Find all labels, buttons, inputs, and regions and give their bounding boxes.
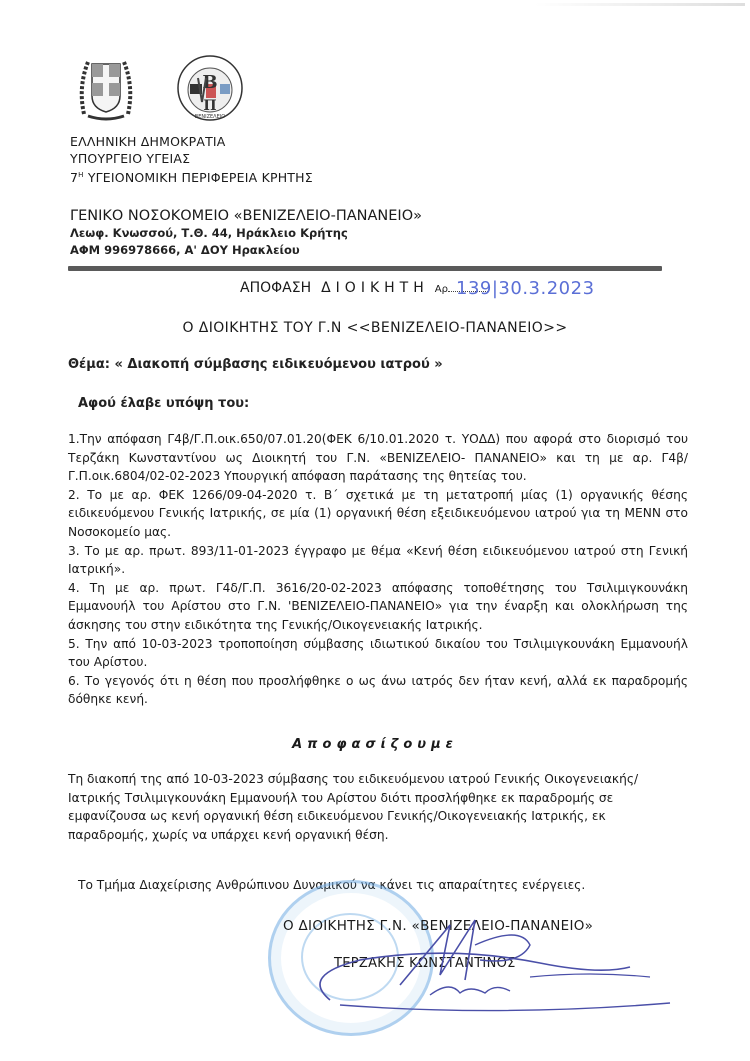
- considered-heading: Αφού έλαβε υπόψη του:: [78, 396, 249, 411]
- title-director: ΔΙΟΙΚΗΤΗ: [321, 280, 429, 296]
- subject-line: Θέμα: « Διακοπή σύμβασης ειδικευόμενου ι…: [68, 357, 443, 372]
- decision-heading: Αποφασίζουμε: [0, 737, 750, 752]
- consideration-item: 6. Το γεγονός ότι η θέση που προσλήφθηκε…: [68, 672, 688, 709]
- header-logos: Β Π ΒΕΝΙΖΕΛΕΙΟ: [78, 52, 248, 132]
- consideration-item: 5. Την από 10-03-2023 τροποποίηση σύμβασ…: [68, 635, 688, 672]
- hospital-name: ΓΕΝΙΚΟ ΝΟΣΟΚΟΜΕΙΟ «ΒΕΝΙΖΕΛΕΙΟ-ΠΑΝΑΝΕΙΟ»: [70, 207, 422, 225]
- handwritten-protocol-number: 139|30.3.2023: [456, 278, 595, 299]
- republic-label: ΕΛΛΗΝΙΚΗ ΔΗΜΟΚΡΑΤΙΑ: [70, 133, 313, 150]
- government-header: ΕΛΛΗΝΙΚΗ ΔΗΜΟΚΡΑΤΙΑ ΥΠΟΥΡΓΕΙΟ ΥΓΕΙΑΣ 7Η …: [70, 133, 313, 186]
- consideration-item: 3. Το με αρ. πρωτ. 893/11-01-2023 έγγραφ…: [68, 542, 688, 579]
- hospital-logo-icon: Β Π ΒΕΝΙΖΕΛΕΙΟ: [176, 54, 244, 122]
- consideration-item: 4. Τη με αρ. πρωτ. Γ4δ/Γ.Π. 3616/20-02-2…: [68, 579, 688, 635]
- handwritten-signature-icon: [300, 905, 680, 1025]
- region-label: 7Η ΥΓΕΙΟΝΟΜΙΚΗ ΠΕΡΙΦΕΡΕΙΑ ΚΡΗΤΗΣ: [70, 167, 313, 186]
- hospital-header: ΓΕΝΙΚΟ ΝΟΣΟΚΟΜΕΙΟ «ΒΕΝΙΖΕΛΕΙΟ-ΠΑΝΑΝΕΙΟ» …: [70, 207, 422, 259]
- consideration-item: 1.Την απόφαση Γ4β/Γ.Π.οικ.650/07.01.20(Φ…: [68, 430, 688, 486]
- ministry-label: ΥΠΟΥΡΓΕΙΟ ΥΓΕΙΑΣ: [70, 150, 313, 167]
- hospital-tax-info: ΑΦΜ 996978666, Α' ΔΟΥ Ηρακλείου: [70, 242, 422, 259]
- header-divider: [68, 266, 662, 271]
- decision-text: Τη διακοπή της από 10-03-2023 σύμβασης τ…: [68, 770, 688, 844]
- hospital-address: Λεωφ. Κνωσσού, Τ.Θ. 44, Ηράκλειο Κρήτης: [70, 225, 422, 242]
- document-title: ΑΠΟΦΑΣΗΔΙΟΙΚΗΤΗΑρ: [240, 280, 488, 296]
- considerations-list: 1.Την απόφαση Γ4β/Γ.Π.οικ.650/07.01.20(Φ…: [68, 430, 688, 709]
- svg-text:ΒΕΝΙΖΕΛΕΙΟ: ΒΕΝΙΖΕΛΕΙΟ: [195, 114, 225, 120]
- title-decision: ΑΠΟΦΑΣΗ: [240, 280, 311, 296]
- scan-artifact: [535, 3, 745, 6]
- director-heading: Ο ΔΙΟΙΚΗΤΗΣ ΤΟΥ Γ.Ν <<ΒΕΝΙΖΕΛΕΙΟ-ΠΑΝΑΝΕΙ…: [0, 320, 750, 336]
- greek-coat-of-arms-icon: [78, 52, 134, 122]
- svg-text:Π: Π: [203, 98, 216, 114]
- consideration-item: 2. Το με αρ. ΦΕΚ 1266/09-04-2020 τ. Β΄ σ…: [68, 486, 688, 542]
- number-label: Αρ: [435, 284, 448, 295]
